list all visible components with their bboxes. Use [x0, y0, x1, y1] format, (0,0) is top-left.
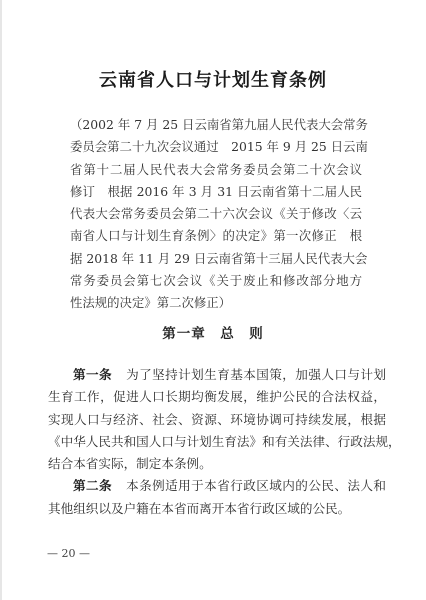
article-line: 其他组织以及户籍在本省而离开本省行政区域的公民。 [48, 498, 386, 520]
document-page: 云南省人口与计划生育条例 （2002 年 7 月 25 日云南省第九届人民代表大… [0, 0, 426, 600]
preamble-line: （2002 年 7 月 25 日云南省第九届人民代表大会常务 [70, 114, 362, 136]
preamble: （2002 年 7 月 25 日云南省第九届人民代表大会常务 委员会第二十九次会… [70, 114, 362, 315]
document-title: 云南省人口与计划生育条例 [0, 66, 426, 92]
article-line: 结合本省实际，制定本条例。 [48, 453, 386, 475]
preamble-line: 委员会第二十九次会议通过 2015 年 9 月 25 日云南 [70, 136, 362, 158]
preamble-line: 南省人口与计划生育条例〉的决定》第一次修正 根 [70, 225, 362, 247]
article-line: 实现人口与经济、社会、资源、环境协调可持续发展，根据 [48, 409, 386, 431]
article-number: 第二条 [73, 478, 112, 493]
page-number: — 20 — [47, 547, 90, 560]
article-line: 《中华人民共和国人口与计划生育法》和有关法律、行政法规， [48, 431, 386, 453]
article-first-line: 第二条本条例适用于本省行政区域内的公民、法人和 [48, 475, 386, 497]
preamble-line: 常务委员会第七次会议《关于废止和修改部分地方 [70, 270, 362, 292]
chapter-heading: 第一章 总 则 [0, 322, 426, 342]
preamble-line: 省第十二届人民代表大会常务委员会第二十次会议 [70, 159, 362, 181]
preamble-line: 据 2018 年 11 月 29 日云南省第十三届人民代表大会 [70, 248, 362, 270]
article-1: 第一条为了坚持计划生育基本国策，加强人口与计划 生育工作，促进人口长期均衡发展，… [48, 364, 386, 475]
preamble-line: 性法规的决定》第二次修正） [70, 292, 362, 314]
preamble-line: 修订 根据 2016 年 3 月 31 日云南省第十二届人民 [70, 181, 362, 203]
article-text: 为了坚持计划生育基本国策，加强人口与计划 [126, 367, 386, 382]
articles: 第一条为了坚持计划生育基本国策，加强人口与计划 生育工作，促进人口长期均衡发展，… [48, 364, 386, 520]
article-number: 第一条 [73, 367, 112, 382]
article-2: 第二条本条例适用于本省行政区域内的公民、法人和 其他组织以及户籍在本省而离开本省… [48, 475, 386, 520]
preamble-line: 代表大会常务委员会第二十六次会议《关于修改〈云 [70, 203, 362, 225]
article-first-line: 第一条为了坚持计划生育基本国策，加强人口与计划 [48, 364, 386, 386]
article-text: 本条例适用于本省行政区域内的公民、法人和 [126, 478, 386, 493]
article-line: 生育工作，促进人口长期均衡发展，维护公民的合法权益， [48, 386, 386, 408]
